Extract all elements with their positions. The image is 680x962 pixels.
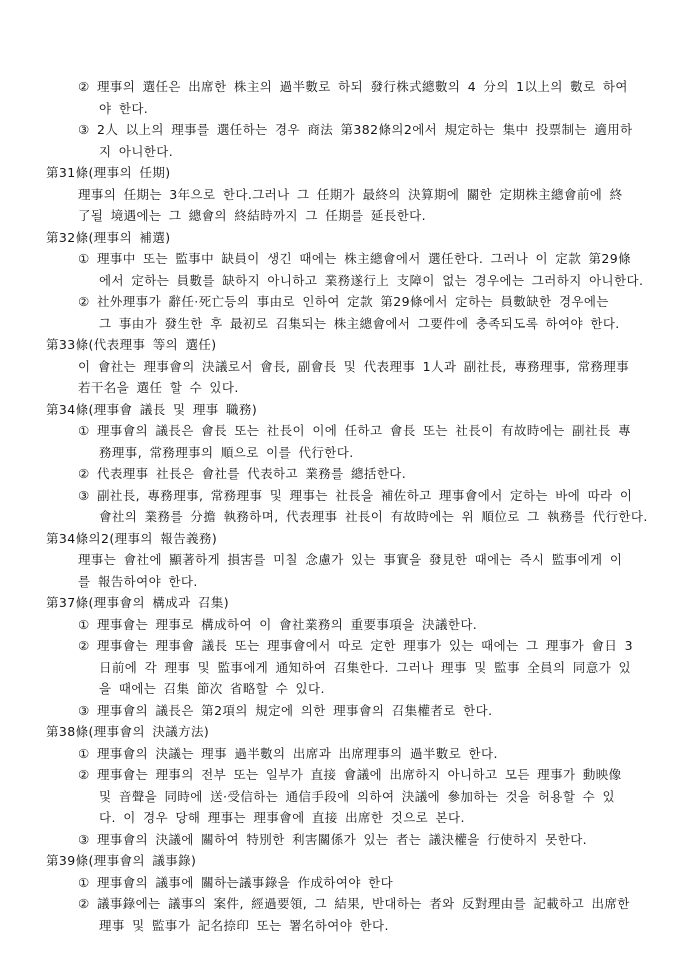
text-line: ③ 理事會의 決議에 關하여 特別한 利害關係가 있는 者는 議決權을 行使하지… xyxy=(0,829,680,851)
text-line: ① 理事中 또는 監事中 缺員이 생긴 때에는 株主總會에서 選任한다. 그러나… xyxy=(0,248,680,270)
text-line: ② 理事의 選任은 出席한 株主의 過半數로 하되 發行株式總數의 4 分의 1… xyxy=(0,76,680,98)
text-line: 理事는 會社에 顯著하게 損害를 미칠 念慮가 있는 事實을 發見한 때에는 즉… xyxy=(0,549,680,571)
text-line: 務理事, 常務理事의 順으로 이를 代行한다. xyxy=(0,442,680,464)
text-line: ① 理事會의 議長은 會長 또는 社長이 이에 任하고 會長 또는 社長이 有故… xyxy=(0,420,680,442)
article-heading-line: 第34條(理事會 議長 및 理事 職務) xyxy=(0,399,680,421)
text-line: 若干名을 選任 할 수 있다. xyxy=(0,377,680,399)
text-line: ② 議事錄에는 議事의 案件, 經過要領, 그 結果, 반대하는 者와 反對理由… xyxy=(0,893,680,915)
document-page: ② 理事의 選任은 出席한 株主의 過半數로 하되 發行株式總數의 4 分의 1… xyxy=(0,0,680,962)
text-line: 야 한다. xyxy=(0,98,680,120)
article-heading-line: 第34條의2(理事의 報告義務) xyxy=(0,528,680,550)
text-line: 日前에 각 理事 및 監事에게 通知하여 召集한다. 그러나 理事 및 監事 全… xyxy=(0,657,680,679)
text-line: 다. 이 경우 당해 理事는 理事會에 直接 出席한 것으로 본다. xyxy=(0,807,680,829)
text-line: ③ 副社長, 專務理事, 常務理事 및 理事는 社長을 補佐하고 理事會에서 定… xyxy=(0,485,680,507)
text-line: ① 理事會는 理事로 構成하여 이 會社業務의 重要事項을 決議한다. xyxy=(0,614,680,636)
text-line: 이 會社는 理事會의 決議로서 會長, 副會長 및 代表理事 1人과 副社長, … xyxy=(0,356,680,378)
text-line: 를 報告하여야 한다. xyxy=(0,571,680,593)
text-line: 지 아니한다. xyxy=(0,141,680,163)
article-heading-line: 第33條(代表理事 等의 選任) xyxy=(0,334,680,356)
text-line: 을 때에는 召集 節次 省略할 수 있다. xyxy=(0,678,680,700)
text-line: ① 理事會의 決議는 理事 過半數의 出席과 出席理事의 過半數로 한다. xyxy=(0,743,680,765)
text-line: ② 理事會는 理事의 전부 또는 일부가 直接 會議에 出席하지 아니하고 모든… xyxy=(0,764,680,786)
text-line: ② 代表理事 社長은 會社를 代表하고 業務를 總括한다. xyxy=(0,463,680,485)
text-line: 理事의 任期는 3年으로 한다.그러나 그 任期가 最終의 決算期에 關한 定期… xyxy=(0,184,680,206)
article-heading-line: 第32條(理事의 補選) xyxy=(0,227,680,249)
article-heading-line: 第31條(理事의 任期) xyxy=(0,162,680,184)
text-line: ② 社外理事가 辭任·死亡등의 事由로 인하여 定款 第29條에서 定하는 員數… xyxy=(0,291,680,313)
document-body: ② 理事의 選任은 出席한 株主의 過半數로 하되 發行株式總數의 4 分의 1… xyxy=(0,76,680,936)
text-line: ③ 理事會의 議長은 第2項의 規定에 의한 理事會의 召集權者로 한다. xyxy=(0,700,680,722)
text-line: ③ 2人 以上의 理事를 選任하는 경우 商法 第382條의2에서 規定하는 集… xyxy=(0,119,680,141)
text-line: 에서 定하는 員數를 缺하지 아니하고 業務遂行上 支障이 없는 경우에는 그러… xyxy=(0,270,680,292)
text-line: ① 理事會의 議事에 關하는議事錄을 作成하여야 한다 xyxy=(0,872,680,894)
text-line: 會社의 業務를 分擔 執務하며, 代表理事 社長이 有故時에는 위 順位로 그 … xyxy=(0,506,680,528)
article-heading-line: 第38條(理事會의 決議方法) xyxy=(0,721,680,743)
text-line: ② 理事會는 理事會 議長 또는 理事會에서 따로 定한 理事가 있는 때에는 … xyxy=(0,635,680,657)
text-line: 理事 및 監事가 記名捺印 또는 署名하여야 한다. xyxy=(0,915,680,937)
text-line: 및 音聲을 同時에 送·受信하는 通信手段에 의하여 決議에 參加하는 것을 허… xyxy=(0,786,680,808)
article-heading-line: 第39條(理事會의 議事錄) xyxy=(0,850,680,872)
text-line: 그 事由가 發生한 후 最初로 召集되는 株主總會에서 그要件에 충족되도록 하… xyxy=(0,313,680,335)
article-heading-line: 第37條(理事會의 構成과 召集) xyxy=(0,592,680,614)
text-line: 了될 境遇에는 그 總會의 終結時까지 그 任期를 延長한다. xyxy=(0,205,680,227)
